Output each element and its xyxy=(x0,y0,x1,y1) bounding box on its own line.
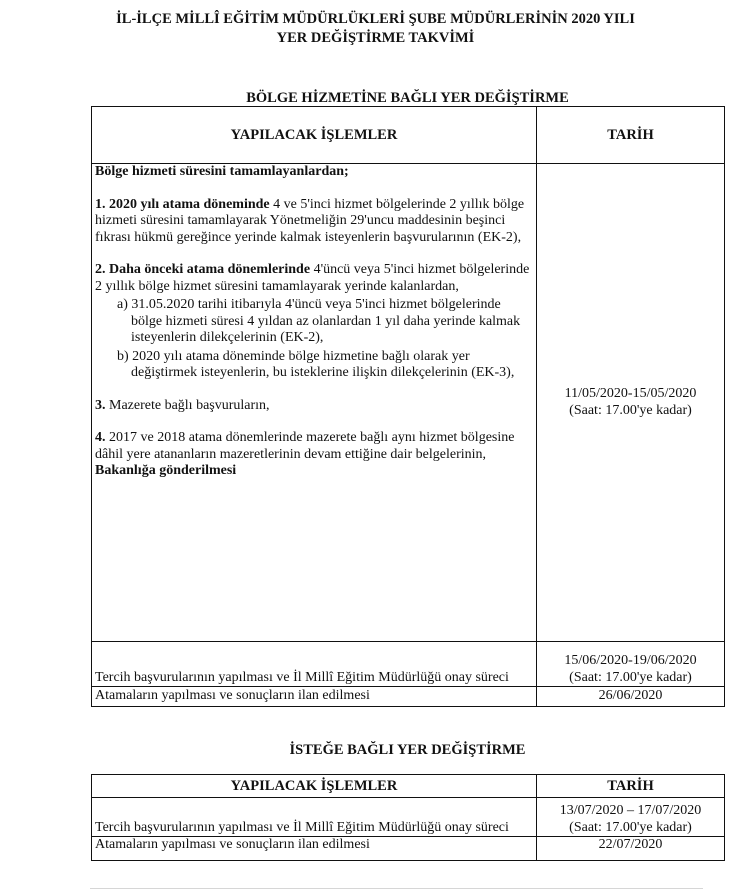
header-tasks: YAPILACAK İŞLEMLER xyxy=(92,775,537,798)
section-title-regional-service: BÖLGE HİZMETİNE BAĞLI YER DEĞİŞTİRME xyxy=(91,89,724,107)
task-item-2a: a) 31.05.2020 tarihi itibarıyla 4'üncü v… xyxy=(117,297,533,347)
date-deadline-note: (Saat: 17.00'ye kadar) xyxy=(540,403,721,420)
task-lead: Bölge hizmeti süresini tamamlayanlardan; xyxy=(95,164,533,181)
voluntary-transfer-schedule-table: YAPILACAK İŞLEMLER TARİH Tercih başvurul… xyxy=(91,774,725,861)
document-title: İL-İLÇE MİLLÎ EĞİTİM MÜDÜRLÜKLERİ ŞUBE M… xyxy=(0,10,751,48)
document-title-line2: YER DEĞİŞTİRME TAKVİMİ xyxy=(0,29,751,48)
date-deadline-note: (Saat: 17.00'ye kadar) xyxy=(540,670,721,687)
date-cell: 26/06/2020 xyxy=(537,687,725,707)
task-cell: Atamaların yapılması ve sonuçların ilan … xyxy=(92,687,537,707)
task-item-2b: b) 2020 yılı atama döneminde bölge hizme… xyxy=(117,349,533,382)
task-item-3-heading: 3. xyxy=(95,398,106,413)
task-cell: Atamaların yapılması ve sonuçların ilan … xyxy=(92,837,537,861)
document-title-line1: İL-İLÇE MİLLÎ EĞİTİM MÜDÜRLÜKLERİ ŞUBE M… xyxy=(0,10,751,29)
task-item-1: 1. 2020 yılı atama döneminde 4 ve 5'inci… xyxy=(95,197,533,247)
date-deadline-note: (Saat: 17.00'ye kadar) xyxy=(540,820,721,837)
header-date: TARİH xyxy=(537,775,725,798)
date-cell: 15/06/2020-19/06/2020 (Saat: 17.00'ye ka… xyxy=(537,642,725,687)
date-cell: 13/07/2020 – 17/07/2020 (Saat: 17.00'ye … xyxy=(537,798,725,837)
task-cell: Tercih başvurularının yapılması ve İl Mi… xyxy=(92,798,537,837)
task-item-2-subitems: a) 31.05.2020 tarihi itibarıyla 4'üncü v… xyxy=(95,297,533,382)
task-item-1-heading: 1. 2020 yılı atama döneminde xyxy=(95,197,270,212)
date-cell: 22/07/2020 xyxy=(537,837,725,861)
table-row: Tercih başvurularının yapılması ve İl Mi… xyxy=(92,642,725,687)
task-item-2: 2. Daha önceki atama dönemlerinde 4'üncü… xyxy=(95,262,533,295)
table-row: Atamaların yapılması ve sonuçların ilan … xyxy=(92,687,725,707)
header-tasks: YAPILACAK İŞLEMLER xyxy=(92,107,537,164)
task-item-3: 3. Mazerete bağlı başvuruların, xyxy=(95,398,533,415)
date-range: 13/07/2020 – 17/07/2020 xyxy=(540,803,721,820)
table-header-row: YAPILACAK İŞLEMLER TARİH xyxy=(92,107,725,164)
table-row: Atamaların yapılması ve sonuçların ilan … xyxy=(92,837,725,861)
task-closing: Bakanlığa gönderilmesi xyxy=(95,463,533,480)
date-range: 15/06/2020-19/06/2020 xyxy=(540,653,721,670)
footer-divider xyxy=(90,888,703,889)
regional-service-schedule-table: YAPILACAK İŞLEMLER TARİH Bölge hizmeti s… xyxy=(91,106,725,707)
date-cell: 11/05/2020-15/05/2020 (Saat: 17.00'ye ka… xyxy=(537,164,725,642)
task-cell: Tercih başvurularının yapılması ve İl Mi… xyxy=(92,642,537,687)
header-date: TARİH xyxy=(537,107,725,164)
task-item-2-heading: 2. Daha önceki atama dönemlerinde xyxy=(95,262,310,277)
task-item-4-heading: 4. xyxy=(95,430,106,445)
table-row: Bölge hizmeti süresini tamamlayanlardan;… xyxy=(92,164,725,642)
table-row: Tercih başvurularının yapılması ve İl Mi… xyxy=(92,798,725,837)
task-item-4-text: 2017 ve 2018 atama dönemlerinde mazerete… xyxy=(95,430,514,462)
date-range: 11/05/2020-15/05/2020 xyxy=(540,386,721,403)
task-item-4: 4. 2017 ve 2018 atama dönemlerinde mazer… xyxy=(95,430,533,463)
task-cell-regional-applications: Bölge hizmeti süresini tamamlayanlardan;… xyxy=(92,164,537,642)
table-header-row: YAPILACAK İŞLEMLER TARİH xyxy=(92,775,725,798)
section-title-voluntary: İSTEĞE BAĞLI YER DEĞİŞTİRME xyxy=(91,741,724,759)
task-item-3-text: Mazerete bağlı başvuruların, xyxy=(106,398,270,413)
